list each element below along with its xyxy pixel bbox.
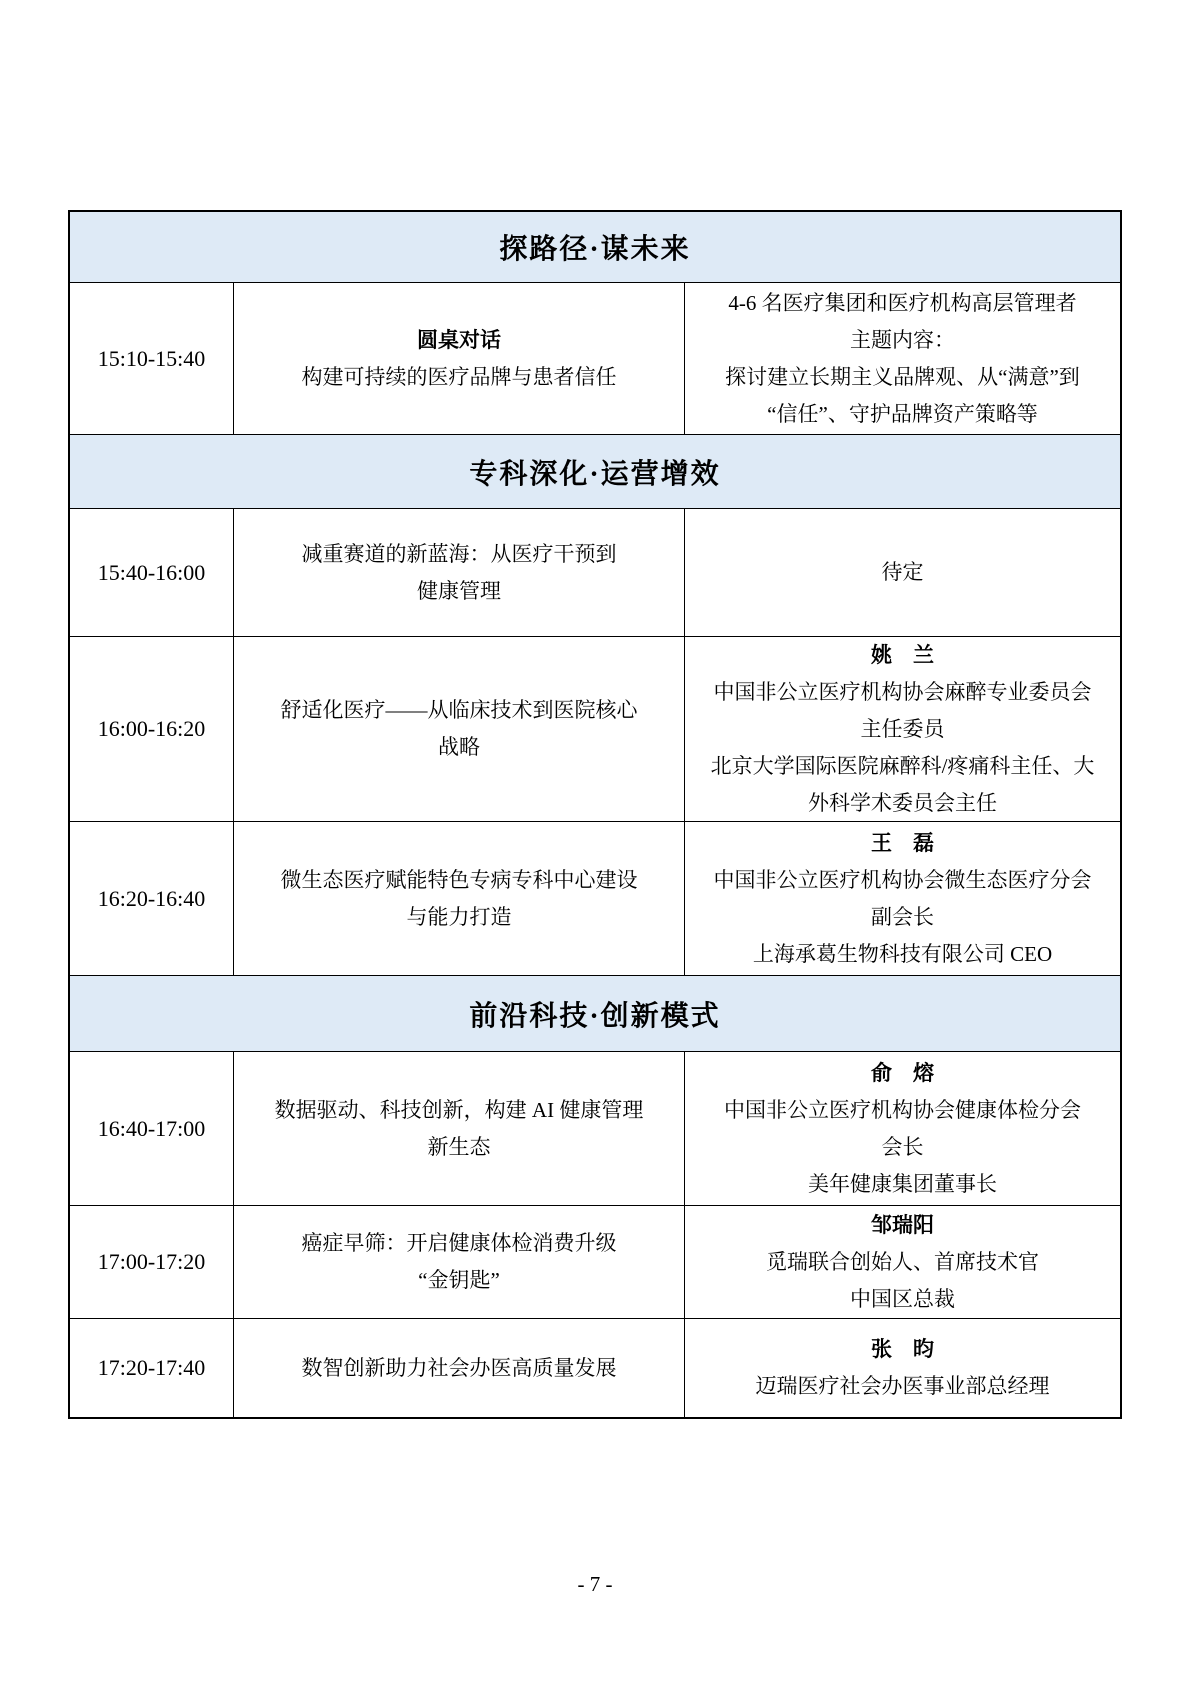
session-speaker-cell: 4-6 名医疗集团和医疗机构高层管理者 主题内容： 探讨建立长期主义品牌观、从“…	[685, 283, 1120, 434]
speaker-line: 外科学术委员会主任	[808, 785, 997, 822]
speaker-line: 北京大学国际医院麻醉科/疼痛科主任、大	[711, 748, 1095, 785]
topic-line: “金钥匙”	[418, 1262, 500, 1299]
session-row: 15:10-15:40 圆桌对话 构建可持续的医疗品牌与患者信任 4-6 名医疗…	[70, 283, 1120, 435]
speaker-name: 姚 兰	[871, 637, 934, 674]
speaker-line: 会长	[882, 1129, 924, 1166]
session-topic-cell: 癌症早筛：开启健康体检消费升级 “金钥匙”	[234, 1206, 685, 1318]
session-row: 17:20-17:40 数智创新助力社会办医高质量发展 张 昀 迈瑞医疗社会办医…	[70, 1319, 1120, 1417]
speaker-line: 探讨建立长期主义品牌观、从“满意”到	[725, 359, 1080, 396]
speaker-line: 美年健康集团董事长	[808, 1166, 997, 1203]
agenda-table: 探路径·谋未来 15:10-15:40 圆桌对话 构建可持续的医疗品牌与患者信任…	[68, 210, 1122, 1419]
topic-line: 舒适化医疗——从临床技术到医院核心	[281, 692, 638, 729]
section-title: 专科深化·运营增效	[469, 452, 720, 492]
speaker-line: “信任”、守护品牌资产策略等	[767, 396, 1038, 433]
session-time: 17:20-17:40	[98, 1355, 206, 1381]
session-row: 17:00-17:20 癌症早筛：开启健康体检消费升级 “金钥匙” 邹瑞阳 觅瑞…	[70, 1206, 1120, 1319]
topic-line: 与能力打造	[407, 899, 512, 936]
session-time: 15:10-15:40	[98, 346, 206, 372]
session-time-cell: 15:40-16:00	[70, 509, 234, 636]
speaker-line: 4-6 名医疗集团和医疗机构高层管理者	[728, 285, 1076, 322]
section-header-row: 探路径·谋未来	[70, 212, 1120, 283]
topic-line: 圆桌对话	[417, 322, 501, 359]
speaker-line: 觅瑞联合创始人、首席技术官	[766, 1244, 1039, 1281]
session-speaker-cell: 姚 兰 中国非公立医疗机构协会麻醉专业委员会 主任委员 北京大学国际医院麻醉科/…	[685, 637, 1120, 821]
session-topic-cell: 圆桌对话 构建可持续的医疗品牌与患者信任	[234, 283, 685, 434]
session-time-cell: 17:00-17:20	[70, 1206, 234, 1318]
speaker-line: 主题内容：	[850, 322, 955, 359]
topic-line: 战略	[438, 729, 480, 766]
speaker-line: 迈瑞医疗社会办医事业部总经理	[756, 1368, 1050, 1405]
session-topic-cell: 减重赛道的新蓝海：从医疗干预到 健康管理	[234, 509, 685, 636]
session-row: 16:40-17:00 数据驱动、科技创新，构建 AI 健康管理 新生态 俞 熔…	[70, 1052, 1120, 1206]
document-page: 探路径·谋未来 15:10-15:40 圆桌对话 构建可持续的医疗品牌与患者信任…	[0, 0, 1190, 1683]
session-speaker-cell: 王 磊 中国非公立医疗机构协会微生态医疗分会 副会长 上海承葛生物科技有限公司 …	[685, 822, 1120, 975]
speaker-name: 张 昀	[871, 1331, 934, 1368]
topic-line: 癌症早筛：开启健康体检消费升级	[302, 1225, 617, 1262]
session-row: 15:40-16:00 减重赛道的新蓝海：从医疗干预到 健康管理 待定	[70, 509, 1120, 637]
session-speaker-cell: 邹瑞阳 觅瑞联合创始人、首席技术官 中国区总裁	[685, 1206, 1120, 1318]
speaker-line: 中国非公立医疗机构协会麻醉专业委员会	[714, 674, 1092, 711]
speaker-line: 中国区总裁	[850, 1281, 955, 1318]
speaker-line: 主任委员	[861, 711, 945, 748]
speaker-name: 邹瑞阳	[871, 1207, 934, 1244]
session-time-cell: 15:10-15:40	[70, 283, 234, 434]
session-time-cell: 17:20-17:40	[70, 1319, 234, 1417]
session-time: 16:00-16:20	[98, 716, 206, 742]
session-time: 16:20-16:40	[98, 886, 206, 912]
topic-line: 新生态	[428, 1129, 491, 1166]
session-topic-cell: 舒适化医疗——从临床技术到医院核心 战略	[234, 637, 685, 821]
section-header-row: 专科深化·运营增效	[70, 435, 1120, 509]
speaker-line: 中国非公立医疗机构协会微生态医疗分会	[714, 862, 1092, 899]
topic-line: 微生态医疗赋能特色专病专科中心建设	[281, 862, 638, 899]
section-title: 探路径·谋未来	[499, 227, 690, 267]
page-number: - 7 -	[0, 1572, 1190, 1597]
speaker-line: 上海承葛生物科技有限公司 CEO	[753, 936, 1052, 973]
topic-line: 减重赛道的新蓝海：从医疗干预到	[302, 536, 617, 573]
topic-line: 健康管理	[417, 573, 501, 610]
session-topic-cell: 微生态医疗赋能特色专病专科中心建设 与能力打造	[234, 822, 685, 975]
section-header-row: 前沿科技·创新模式	[70, 976, 1120, 1052]
session-time-cell: 16:00-16:20	[70, 637, 234, 821]
session-time: 17:00-17:20	[98, 1249, 206, 1275]
topic-line: 构建可持续的医疗品牌与患者信任	[302, 359, 617, 396]
session-time-cell: 16:40-17:00	[70, 1052, 234, 1205]
session-speaker-cell: 待定	[685, 509, 1120, 636]
session-speaker-cell: 俞 熔 中国非公立医疗机构协会健康体检分会 会长 美年健康集团董事长	[685, 1052, 1120, 1205]
speaker-line: 待定	[882, 554, 924, 591]
session-time: 15:40-16:00	[98, 560, 206, 586]
session-speaker-cell: 张 昀 迈瑞医疗社会办医事业部总经理	[685, 1319, 1120, 1417]
section-title: 前沿科技·创新模式	[469, 994, 720, 1034]
speaker-name: 王 磊	[871, 825, 934, 862]
speaker-line: 中国非公立医疗机构协会健康体检分会	[724, 1092, 1081, 1129]
session-topic-cell: 数智创新助力社会办医高质量发展	[234, 1319, 685, 1417]
topic-line: 数据驱动、科技创新，构建 AI 健康管理	[275, 1092, 644, 1129]
session-time-cell: 16:20-16:40	[70, 822, 234, 975]
speaker-name: 俞 熔	[871, 1055, 934, 1092]
session-row: 16:20-16:40 微生态医疗赋能特色专病专科中心建设 与能力打造 王 磊 …	[70, 822, 1120, 976]
session-row: 16:00-16:20 舒适化医疗——从临床技术到医院核心 战略 姚 兰 中国非…	[70, 637, 1120, 822]
session-time: 16:40-17:00	[98, 1116, 206, 1142]
speaker-line: 副会长	[871, 899, 934, 936]
session-topic-cell: 数据驱动、科技创新，构建 AI 健康管理 新生态	[234, 1052, 685, 1205]
topic-line: 数智创新助力社会办医高质量发展	[302, 1350, 617, 1387]
